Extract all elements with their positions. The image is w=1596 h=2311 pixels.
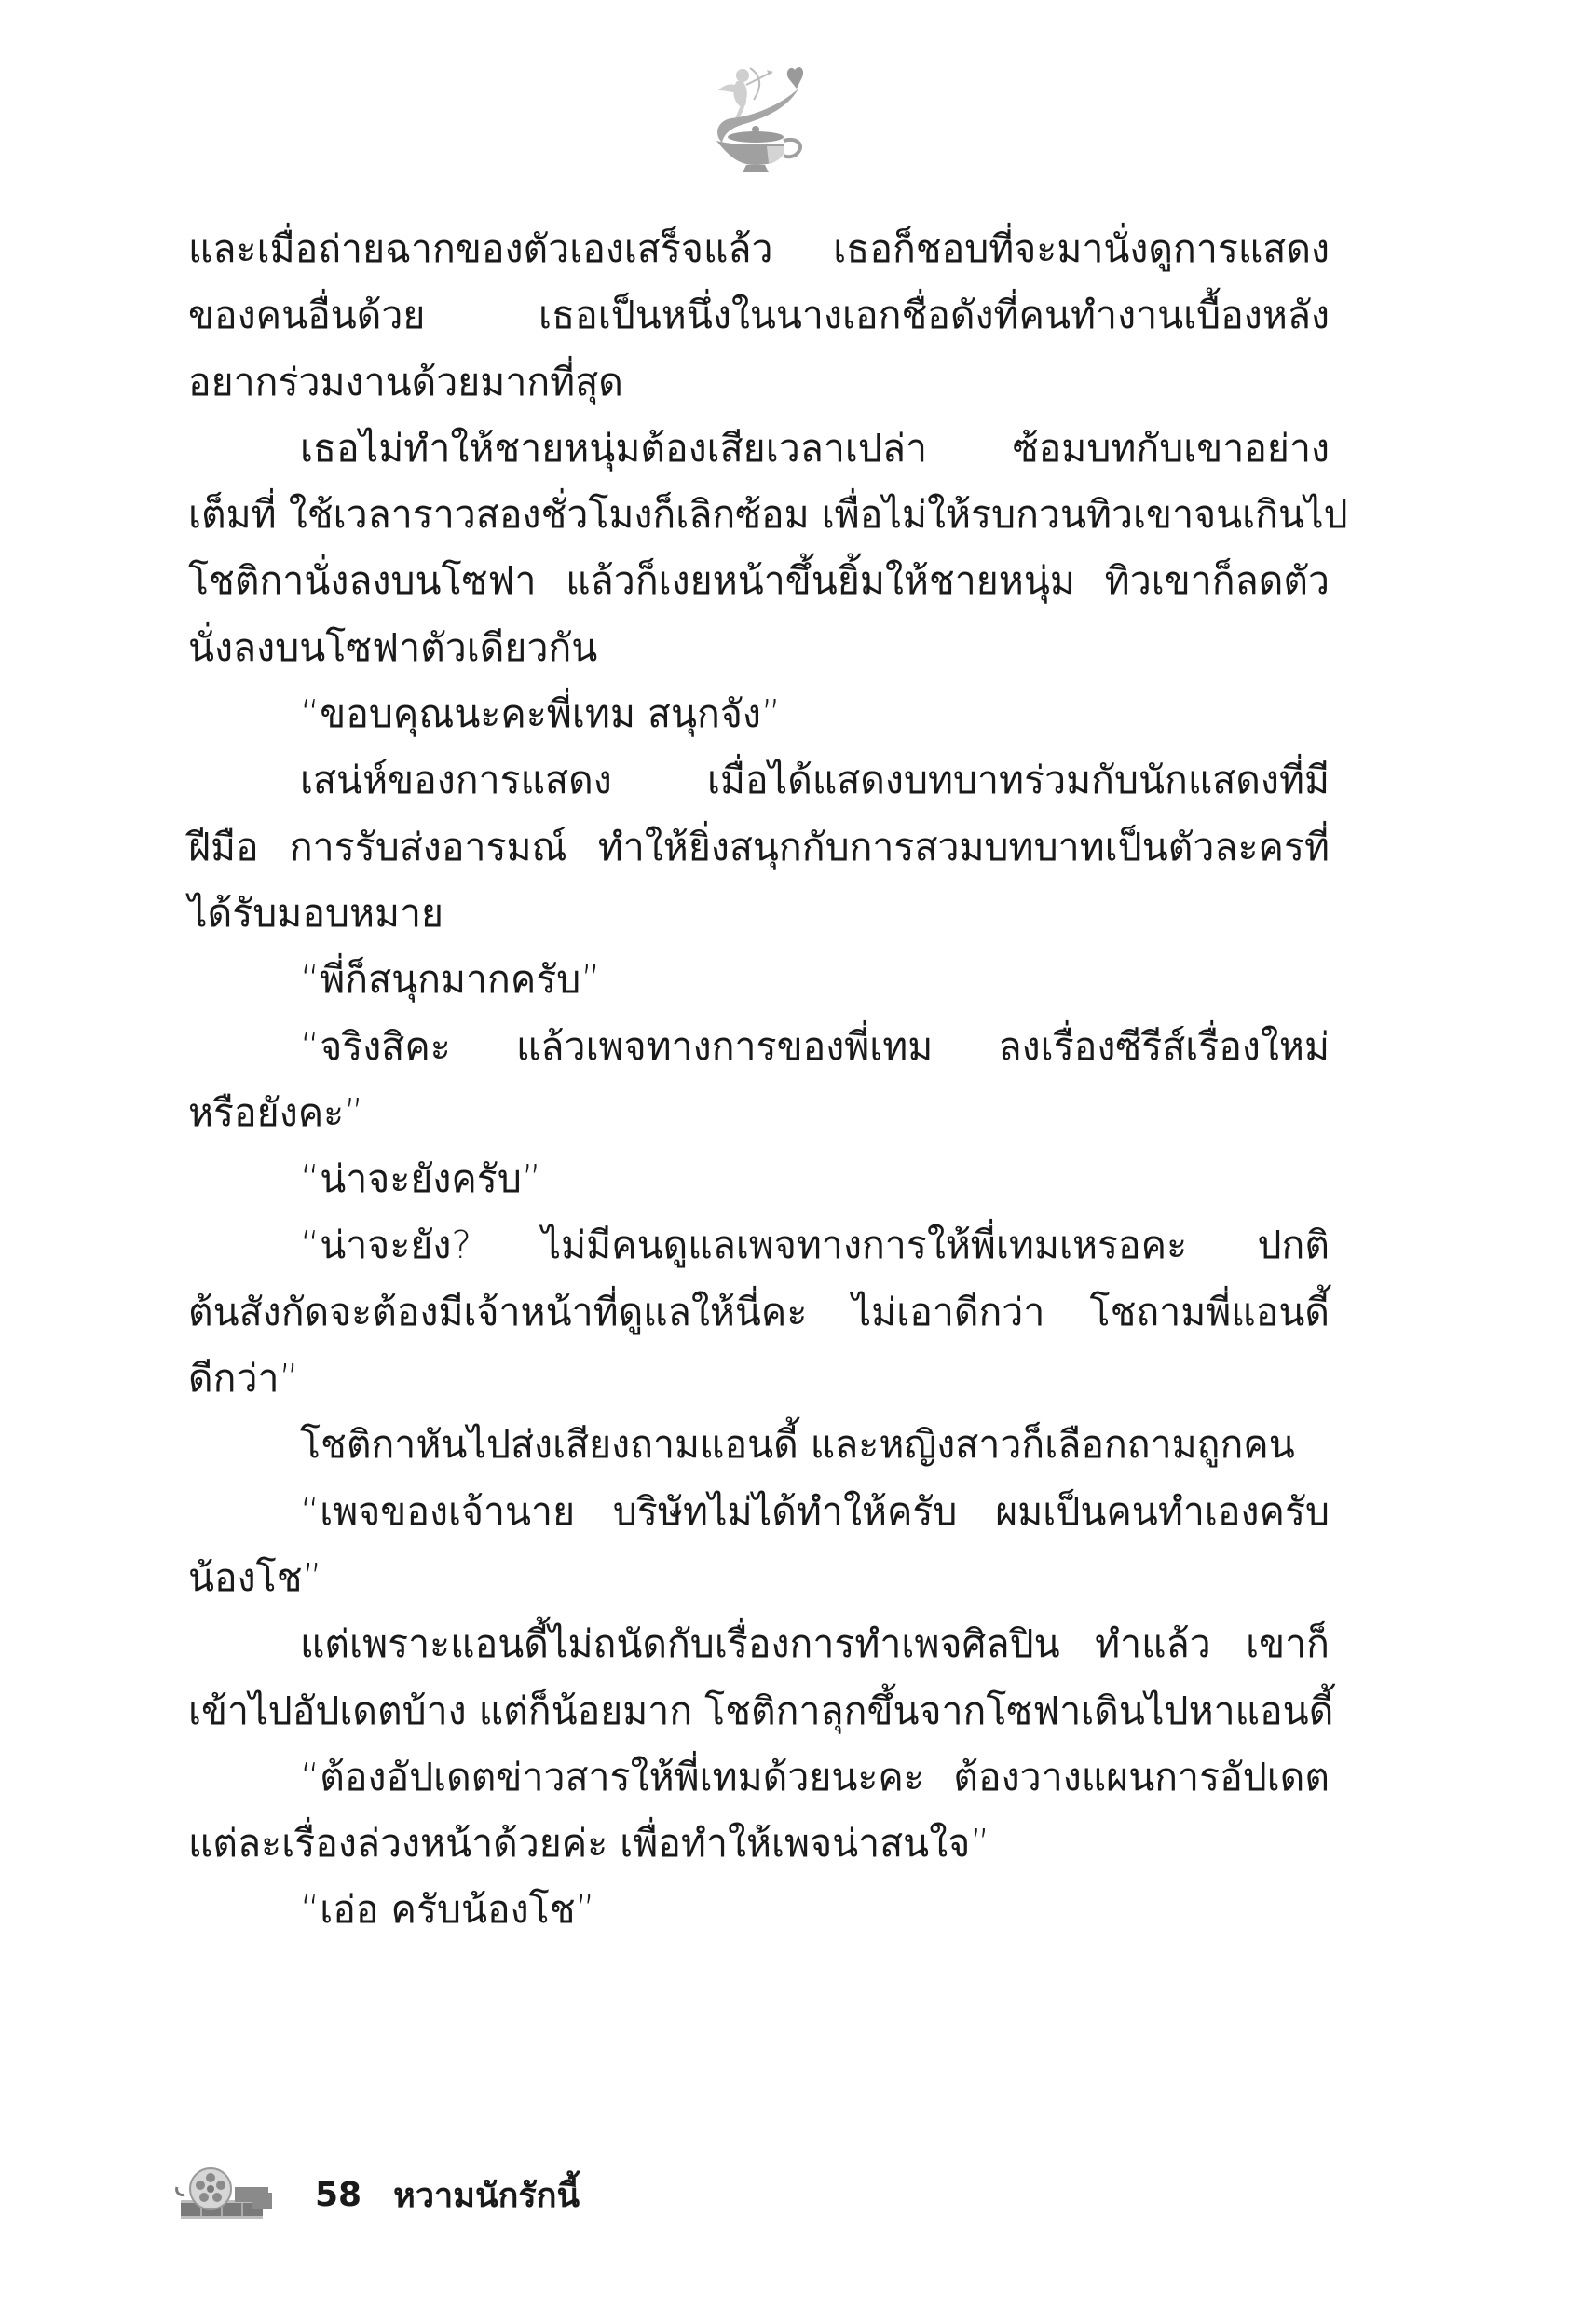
text-line: ฝีมือ การรับส่งอารมณ์ ทำให้ยิ่งสนุกกับกา… bbox=[188, 814, 1330, 881]
text-line: และเมื่อถ่ายฉากของตัวเองเสร็จแล้ว เธอก็ช… bbox=[188, 216, 1330, 282]
text-line: นั่งลงบนโซฟาตัวเดียวกัน bbox=[188, 615, 1330, 681]
dialogue-line: แต่ละเรื่องล่วงหน้าด้วยค่ะ เพื่อทำให้เพจ… bbox=[188, 1811, 1330, 1877]
page-number: 58 bbox=[315, 2176, 361, 2214]
text-line: เสน่ห์ของการแสดง เมื่อได้แสดงบทบาทร่วมกั… bbox=[188, 747, 1330, 814]
dialogue-line: “น่าจะยังครับ” bbox=[188, 1146, 1330, 1212]
text-line: เข้าไปอัปเดตบ้าง แต่ก็น้อยมาก โชติกาลุกข… bbox=[188, 1678, 1330, 1744]
chapter-body-text: และเมื่อถ่ายฉากของตัวเองเสร็จแล้ว เธอก็ช… bbox=[188, 216, 1330, 1944]
dialogue-line: “น่าจะยัง? ไม่มีคนดูแลเพจทางการให้พี่เทม… bbox=[188, 1212, 1330, 1279]
text-line: โชติกานั่งลงบนโซฟา แล้วก็เงยหน้าขึ้นยิ้ม… bbox=[188, 548, 1330, 614]
text-line: โชติกาหันไปส่งเสียงถามแอนดี้ และหญิงสาวก… bbox=[188, 1412, 1330, 1478]
film-reel-icon bbox=[173, 2167, 276, 2222]
dialogue-line: “ขอบคุณนะคะพี่เทม สนุกจัง” bbox=[188, 681, 1330, 747]
cupid-genie-lamp-icon bbox=[694, 51, 815, 172]
text-line: อยากร่วมงานด้วยมากที่สุด bbox=[188, 349, 1330, 416]
text-line: เต็มที่ ใช้เวลาราวสองชั่วโมงก็เลิกซ้อม เ… bbox=[188, 482, 1330, 548]
dialogue-line: “พี่ก็สนุกมากครับ” bbox=[188, 947, 1330, 1013]
dialogue-line: “เอ่อ ครับน้องโช” bbox=[188, 1877, 1330, 1943]
dialogue-line: “ต้องอัปเดตข่าวสารให้พี่เทมด้วยนะคะ ต้อง… bbox=[188, 1744, 1330, 1811]
dialogue-line: ต้นสังกัดจะต้องมีเจ้าหน้าที่ดูแลให้นี่คะ… bbox=[188, 1279, 1330, 1346]
text-line: ได้รับมอบหมาย bbox=[188, 881, 1330, 947]
dialogue-line: น้องโช” bbox=[188, 1545, 1330, 1611]
text-line: แต่เพราะแอนดี้ไม่ถนัดกับเรื่องการทำเพจศิ… bbox=[188, 1611, 1330, 1677]
text-line: ของคนอื่นด้วย เธอเป็นหนึ่งในนางเอกชื่อดั… bbox=[188, 282, 1330, 349]
dialogue-line: “จริงสิคะ แล้วเพจทางการของพี่เทม ลงเรื่อ… bbox=[188, 1014, 1330, 1080]
dialogue-line: หรือยังคะ” bbox=[188, 1080, 1330, 1146]
book-title: หวามนักรักนี้ bbox=[393, 2168, 580, 2222]
dialogue-line: “เพจของเจ้านาย บริษัทไม่ได้ทำให้ครับ ผมเ… bbox=[188, 1479, 1330, 1545]
text-line: เธอไม่ทำให้ชายหนุ่มต้องเสียเวลาเปล่า ซ้อ… bbox=[188, 416, 1330, 482]
page-footer: 58 หวามนักรักนี้ bbox=[173, 2167, 580, 2222]
dialogue-line: ดีกว่า” bbox=[188, 1346, 1330, 1412]
